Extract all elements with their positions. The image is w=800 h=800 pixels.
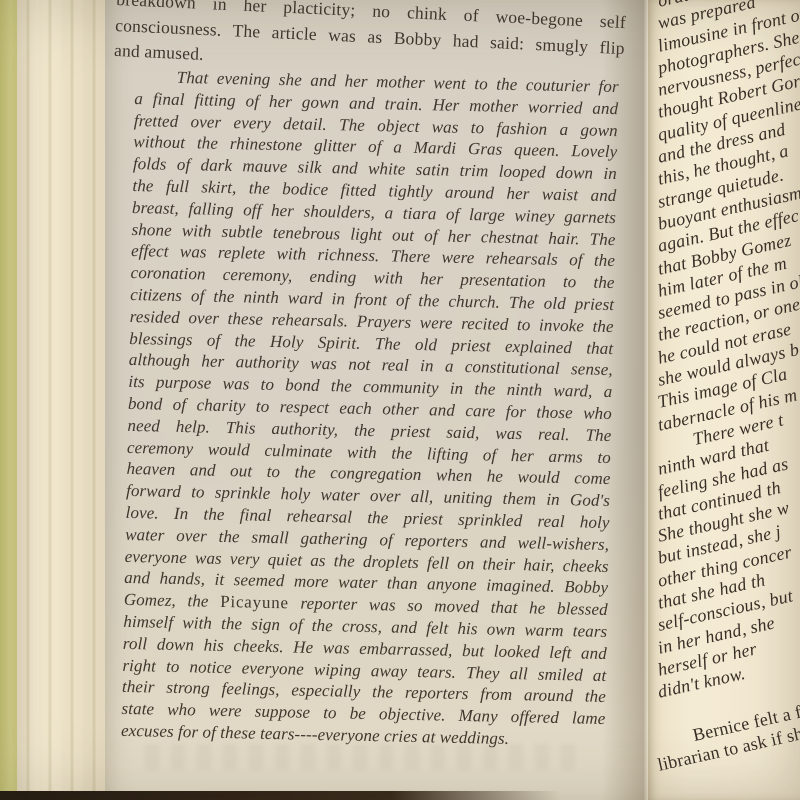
table-surface (0, 791, 560, 800)
right-page-text: oratiwas preparedlimousine in front ofph… (658, 4, 800, 776)
left-page: breakdown in her placticity; no chink of… (105, 0, 650, 800)
book-cover-edge (0, 0, 17, 800)
roman-word: Picayune (220, 592, 289, 612)
show-through-texture (145, 744, 585, 770)
page-edge-stack (17, 0, 105, 800)
main-paragraph: That evening she and her mother went to … (121, 66, 619, 752)
gutter-shadow (602, 0, 650, 800)
book-photo: breakdown in her placticity; no chink of… (0, 0, 800, 800)
right-page: oratiwas preparedlimousine in front ofph… (648, 0, 800, 800)
